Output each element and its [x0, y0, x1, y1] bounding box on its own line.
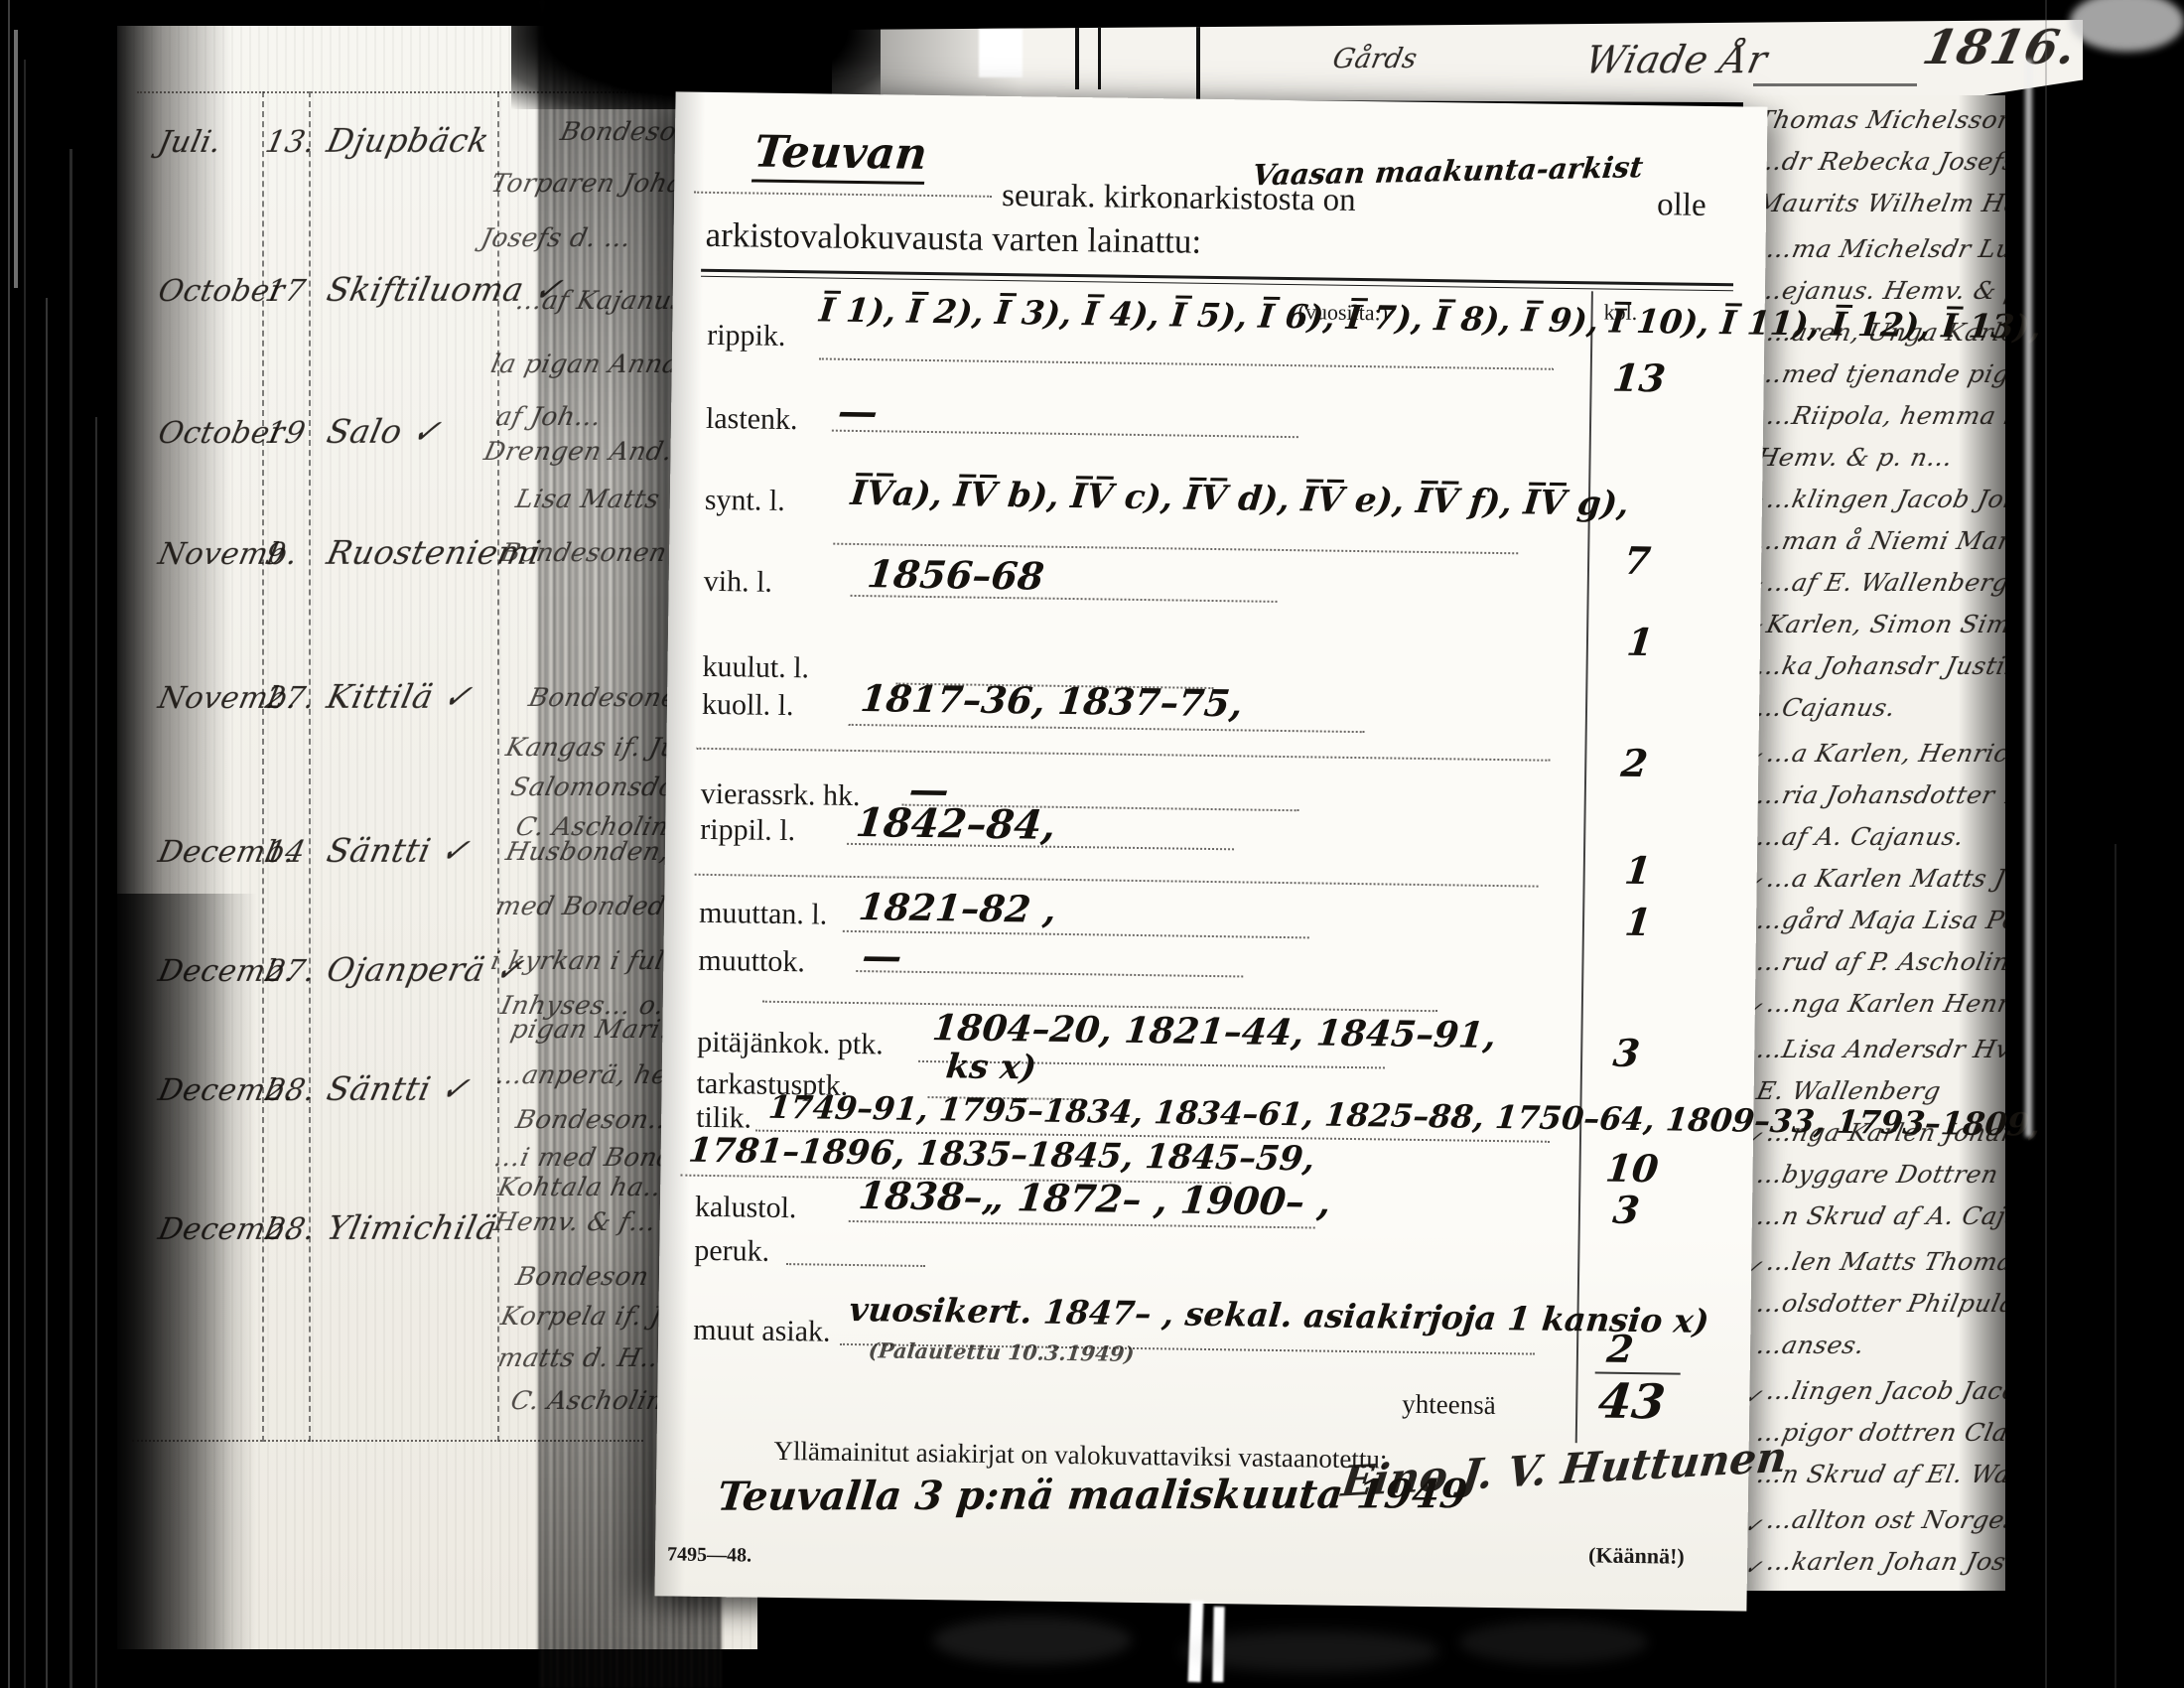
register-place: Ylimichilä [324, 1208, 501, 1247]
return-note: (Palautettu 10.3.1949) [868, 1337, 1136, 1366]
register-place: Säntti ✓ [324, 1069, 474, 1108]
church-record-line: …klingen Jacob Johansson Kajan… [1764, 485, 2005, 513]
form-row-value: 1842–84, [854, 799, 1058, 849]
register-day: 17 [262, 274, 309, 309]
year-dash [1753, 83, 1917, 86]
church-record-line: Karlen, Simon Simonsson Einars… [1764, 610, 2005, 638]
register-day: 19 [262, 416, 309, 451]
film-smudge [933, 1617, 1132, 1664]
form-row-count: 13 [1610, 355, 1667, 401]
film-scratch [2045, 0, 2047, 1688]
church-record-line: …lingen Jacob Jacobsson Hiback… [1764, 1376, 2005, 1405]
church-record-line: …rud af P. Ascholin. [1754, 947, 2005, 976]
form-row-count: 3 [1611, 1188, 1642, 1232]
form-row-label: kuoll. l. [702, 688, 794, 723]
form-row-label: vierassrk. hk. [701, 777, 861, 813]
church-record-line: Maurits Wilhelm Haselblatt… [1754, 189, 2005, 217]
church-record-line: …karlen Johan Josefsson i… [1764, 1547, 2005, 1576]
form-row-value: 1838–„ 1872– , 1900– , [857, 1173, 1333, 1224]
form-row-label: lastenk. [706, 402, 798, 437]
register-place: Salo ✓ [324, 412, 445, 451]
form-row-label: muuttan. l. [699, 897, 828, 932]
dotted-rule [819, 357, 1554, 369]
form-row-label: muut asiak. [693, 1314, 831, 1349]
dotted-rule [843, 930, 1309, 939]
form-row-label: kuulut. l. [702, 650, 809, 685]
church-record-line: …med tjenande pigan å Prestgå… [1754, 359, 2005, 388]
form-row-label: pitäjänkok. ptk. [697, 1026, 884, 1062]
ruling-stroke [1098, 28, 1101, 89]
form-row-label: kalustol. [695, 1191, 797, 1225]
church-record-line: …ejanus. Hemv. & p. n… [1754, 276, 2005, 305]
film-smudge [1459, 1620, 1648, 1664]
form-row-value: 1817–36, 1837–75, [859, 676, 1245, 725]
church-record-line: …a Karlen, Henric Mathsson Säntti… [1764, 739, 2005, 768]
register-day: 13. [262, 125, 319, 160]
register-place: Djupbäck [324, 121, 493, 160]
form-row-count: 10 [1603, 1146, 1660, 1192]
church-record-line: …Cajanus. [1754, 693, 1898, 722]
register-day: 14 [262, 835, 309, 870]
form-row-value: vuosikert. 1847– , sekal. asiakirjoja 1 … [848, 1290, 1711, 1340]
form-row-label: vih. l. [704, 565, 773, 600]
form-row-label: rippil. l. [700, 813, 795, 848]
church-record-line: Thomas Michelsson med Bond… [1754, 105, 2005, 134]
top-edge-strip: Gårds Wiade År 1816. [832, 20, 2083, 103]
ruling-stroke [1196, 26, 1200, 101]
register-month: Juli. [155, 125, 224, 160]
film-scratch [8, 0, 10, 1688]
ruling-stroke [1075, 28, 1079, 89]
dotted-rule [832, 430, 1298, 439]
form-row-count: 7 [1622, 538, 1653, 583]
film-smudge [1181, 1630, 1439, 1672]
register-place: Säntti ✓ [324, 831, 474, 870]
form-row-count: 1 [1623, 900, 1654, 944]
form-row-label: rippik. [707, 319, 786, 353]
dotted-rule [786, 1263, 925, 1267]
film-scratch [2025, 60, 2032, 1137]
dotted-rule [856, 970, 1243, 977]
church-record-line: …n Skrud af A. Cajanus. [1754, 1201, 2005, 1230]
church-record-line: …man å Niemi Maria Anders… [1754, 526, 2005, 555]
form-row-count: 1 [1625, 620, 1656, 664]
church-record-line: …nga Karlen Henric Grönros m… [1764, 989, 2005, 1018]
film-scratch [14, 30, 18, 288]
microfilm-scan: Juli.13.DjupbäckOctober17Skiftiluoma ✓Oc… [0, 0, 2184, 1688]
total-label: yhteensä [1402, 1389, 1496, 1421]
church-record-line: …af A. Cajanus. [1754, 822, 1967, 851]
form-row-value: 1781–1896, 1835–1845, 1845–59, [687, 1131, 1317, 1180]
form-row-count: 3 [1611, 1031, 1642, 1075]
church-record-line: …allton ost Norges Lampas… [1764, 1505, 2005, 1534]
film-scratch [46, 298, 48, 1688]
form-row-value: I̅V̅a), I̅V̅ b), I̅V̅ c), I̅V̅ d), I̅V̅ … [849, 474, 1631, 524]
form-number: 7495—48. [667, 1543, 751, 1567]
film-scratch [95, 417, 97, 1688]
turn-over-note: (Käännä!) [1588, 1542, 1685, 1569]
film-scratch [2115, 844, 2116, 1688]
church-record-line: …gård Maja Lisa Pettersdotter i [1754, 906, 2005, 934]
left-page-shadow [117, 894, 296, 1649]
form-row-value: — [836, 388, 881, 435]
form-row-value: 1821–82 , [857, 885, 1058, 931]
form-row-value: 1856–68 [866, 551, 1046, 598]
form-row-count: 2 [1619, 741, 1650, 785]
register-day: 27. [262, 681, 319, 716]
church-record-line: …a Karlen Matts Johansson med [1764, 864, 2005, 893]
church-record-line: …n Skrud af El. Wallenberg [1754, 1460, 2005, 1488]
church-record-line: …Riipola, hemma i full skrud [1764, 401, 2005, 430]
church-record-line: E. Wallenberg [1754, 1076, 1944, 1105]
film-scratch [24, 60, 26, 1688]
year-value: 1816. [1918, 20, 2082, 75]
year-header-label: Wiade År [1581, 38, 1771, 81]
form-row-count: 1 [1622, 848, 1653, 893]
church-record-line: …Lisa Andersdr Hvitfäll, hemm… [1754, 1035, 2005, 1063]
form-row-value: ks x) [944, 1047, 1038, 1087]
church-record-line: …ka Johansdr Justila i kyrkan [1754, 651, 2005, 680]
form-row-count: 2 [1605, 1327, 1636, 1371]
register-place: Kittilä ✓ [324, 677, 476, 716]
church-record-line: …ma Michelsdr Luhtala, hemma… [1764, 234, 2005, 263]
church-record-line: …anses. [1754, 1331, 1867, 1359]
film-notch [979, 28, 1023, 77]
church-record-line: …af E. Wallenberg Hemv. & … [1764, 568, 2005, 597]
loan-form-page: Teuvan seurak. kirkonarkistosta on Vaasa… [654, 91, 1767, 1611]
church-record-line: …len Matts Thomasson Teirilä… [1764, 1247, 2005, 1276]
church-record-line: …ria Johansdotter Ylikakkuri… [1754, 780, 2005, 809]
film-scratch [69, 149, 72, 1688]
total-value: 43 [1595, 1374, 1667, 1431]
film-flare [2070, 0, 2184, 52]
gards-label: Gårds [1330, 44, 1421, 74]
form-row-label: synt. l. [705, 484, 785, 518]
church-record-line: …pigor dottren Clara Josefsdr Sorj… [1754, 1418, 2005, 1447]
form-row-label: muuttok. [698, 944, 805, 979]
church-record-line: Hemv. & p. n… [1754, 443, 1956, 472]
dotted-rule [849, 724, 1365, 733]
form-row-label: peruk. [694, 1234, 769, 1269]
church-record-line: …dr Rebecka Josefsdr i Jurv…lan [1754, 147, 2005, 176]
church-record-line: …byggare Dottren Susanna Matts… [1754, 1160, 2005, 1189]
dotted-rule [851, 595, 1278, 603]
church-record-line: …olsdotter Philpula i kyrkan [1754, 1289, 2005, 1318]
